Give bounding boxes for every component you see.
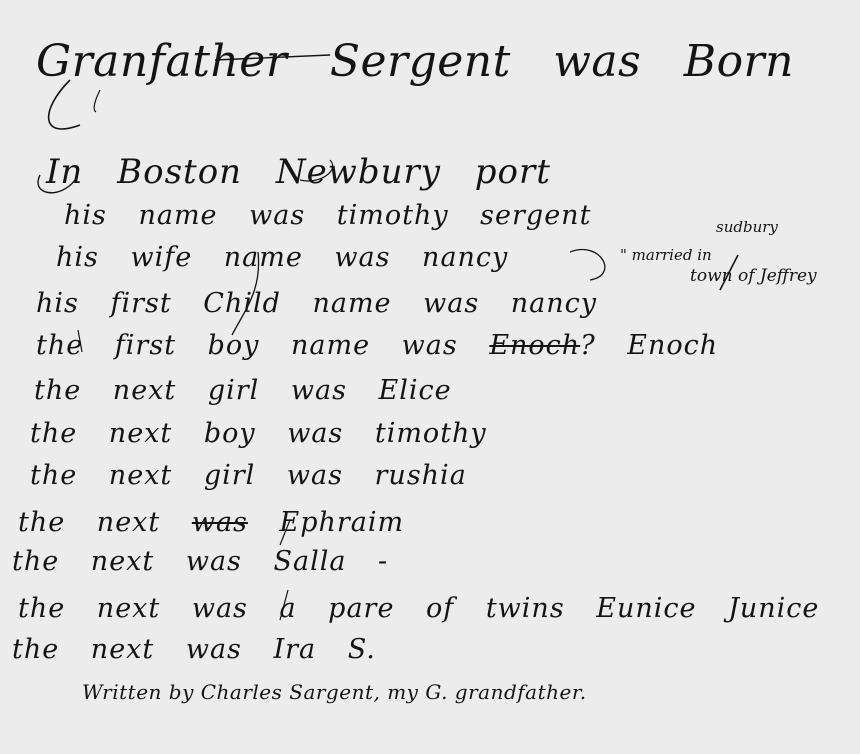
annotation-town: town of Jeffrey [690, 266, 817, 286]
line-first-boy: the first boy name was Enoch? Enoch [36, 330, 718, 361]
line-first-boy-text: the first boy name was [36, 330, 458, 361]
handwritten-document-page: Granfather Sergent was Born In Boston Ne… [0, 0, 860, 754]
line-next-girl-rushia: the next girl was rushia [30, 460, 467, 491]
line-next-salla: the next was Salla - [12, 546, 388, 577]
line-first-child: his first Child name was nancy [36, 288, 597, 319]
struck-word: was [192, 507, 248, 538]
line-next-ira: the next was Ira S. [12, 634, 376, 665]
correction-text: ? Enoch [580, 330, 718, 361]
line-name: his name was timothy sergent [64, 200, 591, 231]
line-twins: the next was a pare of twins Eunice Juni… [18, 593, 819, 624]
document-caption: Written by Charles Sargent, my G. grandf… [82, 680, 587, 704]
line-next-boy-timothy: the next boy was timothy [30, 418, 487, 449]
line-next-ephraim: the next was Ephraim [18, 507, 404, 538]
line-next-ephraim-text: the next [18, 507, 160, 538]
line-next-girl-elice: the next girl was Elice [34, 375, 452, 406]
annotation-sudbury: sudbury [716, 218, 778, 236]
document-title: Granfather Sergent was Born [36, 36, 794, 87]
name-ephraim: Ephraim [280, 507, 405, 538]
annotation-married-in: " married in [620, 246, 712, 264]
struck-word: Enoch [489, 330, 580, 361]
line-birthplace: In Boston Newbury port [46, 152, 551, 192]
line-wife: his wife name was nancy [56, 242, 508, 273]
